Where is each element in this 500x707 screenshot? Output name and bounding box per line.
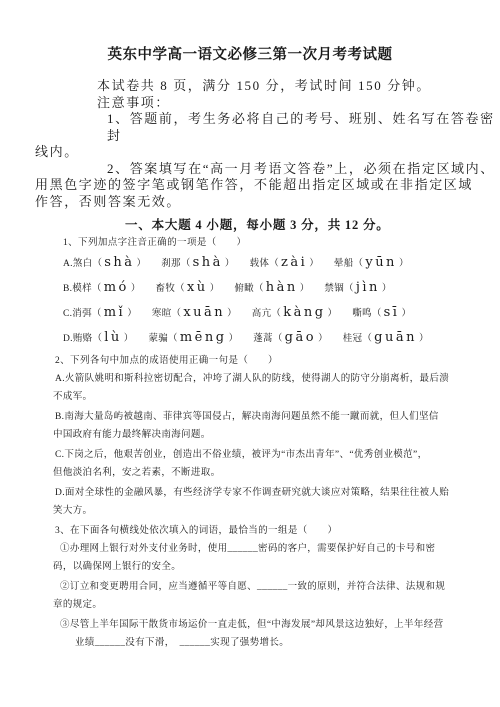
pinyin-annotation: shà (102, 255, 136, 270)
line-pc: 码，以确保网上银行的安全。 (53, 558, 500, 576)
line-ncont: 用黑色字迹的签字笔或钢笔作答，不能超出指定区域或在非指定区域 (35, 177, 500, 194)
line-pc: 笑大方。 (53, 502, 500, 520)
pinyin-annotation: yūn (363, 255, 399, 270)
line-nitem: 2、答案填写在“高一月考语文答卷”上，必须在指定区域内、 (107, 161, 500, 178)
line-meta: 本试卷共 8 页，满分 150 分，考试时间 150 分钟。 (97, 78, 500, 95)
pinyin-annotation: lù (102, 330, 124, 345)
line-sub: ②订立和变更聘用合同，应当遵循平等自愿、______一致的原则，并符合法律、法规… (60, 578, 500, 596)
line-nhead: 注意事项： (97, 95, 500, 112)
pinyin-annotation: guān (372, 330, 419, 345)
pinyin-annotation: mó (102, 280, 131, 295)
line-qstem: 2、下列各句中加点的成语使用正确一句是（ ） (55, 354, 500, 368)
line-p: D.面对全球性的金融风暴，有些经济学专家不作调查研究就大谈应对策略，结果往往被人… (55, 484, 500, 502)
line-opt: D.贿赂（lù） 蒙骗（mēng） 蓬蒿（gāo） 桂冠（guān） (63, 325, 500, 350)
pinyin-annotation: xù (185, 280, 210, 295)
pinyin-annotation: gāo (283, 330, 318, 345)
line-heading: 一、本大题 4 小题，每小题 3 分，共 12 分。 (125, 216, 500, 234)
exam-page: 英东中学高一语文必修三第一次月考考试题 本试卷共 8 页，满分 150 分，考试… (0, 0, 500, 707)
line-ncont: 作答，否则答案无效。 (35, 194, 500, 211)
pinyin-annotation: sī (382, 305, 402, 320)
line-pc: 但他淡泊名利，安之若素，不断进取。 (53, 464, 500, 482)
line-pc: 中国政府有能力最终解决南海问题。 (53, 426, 500, 444)
pinyin-annotation: mǐ (102, 305, 128, 320)
pinyin-annotation: hàn (264, 280, 300, 295)
pinyin-annotation: mēng (178, 330, 229, 345)
pinyin-annotation: shà (191, 255, 225, 270)
line-q1stem: 1、下列加点字注音正确的一项是（ ） (63, 236, 500, 250)
line-ncont: 线内。 (35, 144, 500, 161)
line-opt: B.模样（mó） 畜牧（xù） 俯瞰（hàn） 禁锢（jìn） (63, 275, 500, 300)
line-p: B.南海大量岛屿被越南、菲律宾等国侵占，解决南海问题虽然不能一蹴而就，但人们坚信 (55, 408, 500, 426)
line-sub: ③尽管上半年国际干散货市场运价一直走低，但“中海发展”却风景这边独好，上半年经营 (60, 616, 500, 634)
line-opt: A.煞白（shà） 刹那（shà） 载体（zài） 晕船（yūn） (63, 250, 500, 275)
line-pc: 章的规定。 (53, 596, 500, 614)
pinyin-annotation: zài (279, 255, 309, 270)
pinyin-annotation: kàng (281, 305, 327, 320)
line-sub3c: 业绩______没有下滑， ______实现了强势增长。 (75, 634, 500, 652)
pinyin-annotation: jìn (354, 280, 382, 295)
document-body: 本试卷共 8 页，满分 150 分，考试时间 150 分钟。注意事项：1、答题前… (0, 78, 500, 652)
line-p: C.下岗之后，他艰苦创业，创造出不俗业绩，被评为“市杰出青年”、“优秀创业模范”… (55, 446, 500, 464)
line-opt: C.消弭（mǐ） 寒暄（xuān） 高亢（kàng） 嘶鸣（sī） (63, 300, 500, 325)
line-sub: ①办理网上银行对外支付业务时，使用______密码的客户，需要保护好自己的卡号和… (60, 540, 500, 558)
line-pc: 不成军。 (53, 388, 500, 406)
line-p: A.火箭队姚明和斯科拉密切配合，冲垮了湖人队的防线，使得湖人的防守分崩离析，最后… (55, 370, 500, 388)
pinyin-annotation: xuān (181, 305, 227, 320)
line-qstem: 3、在下面各句横线处依次填入的词语，最恰当的一组是（ ） (55, 524, 500, 538)
line-nitem: 1、答题前，考生务必将自己的考号、班别、姓名写在答卷密封 (107, 111, 500, 144)
exam-title: 英东中学高一语文必修三第一次月考考试题 (0, 46, 500, 65)
